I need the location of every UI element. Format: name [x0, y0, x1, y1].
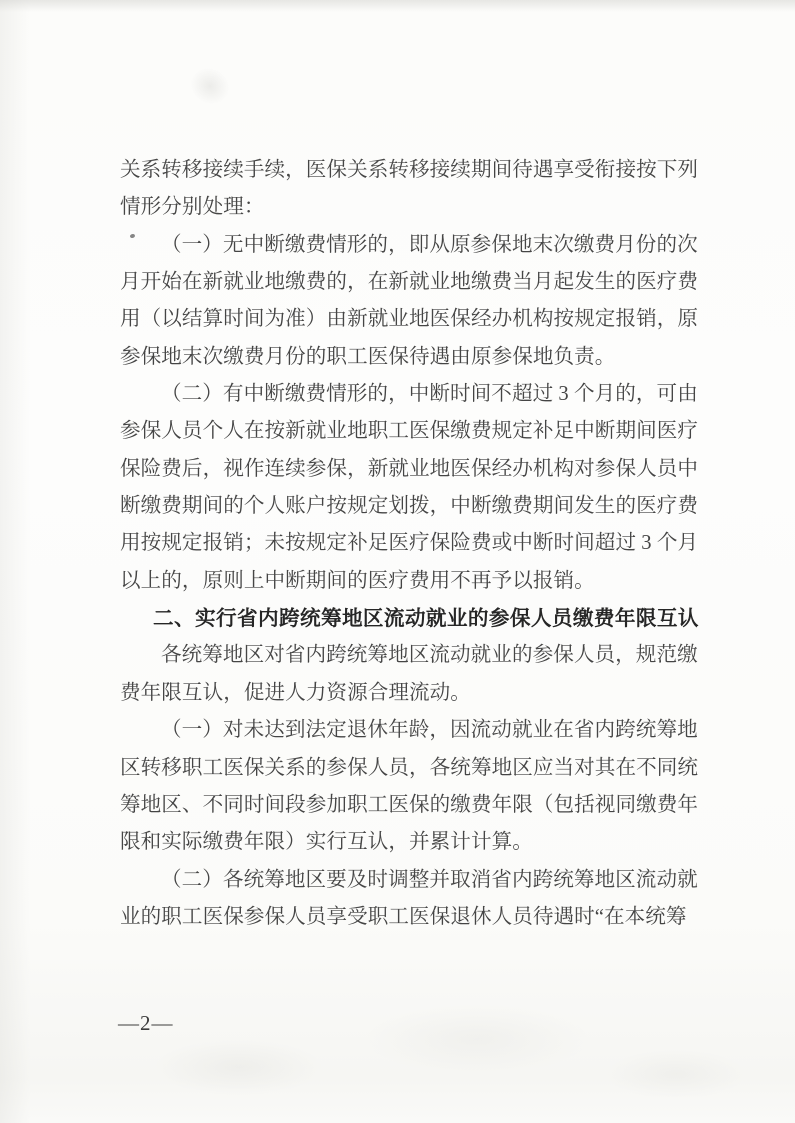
text-line: 筹地区、不同时间段参加职工医保的缴费年限（包括视同缴费年 [120, 787, 702, 824]
text-line: 业的职工医保参保人员享受职工医保退休人员待遇时“在本统筹 [120, 899, 702, 936]
text-line: 关系转移接续手续，医保关系转移接续期间待遇享受衔接按下列 [120, 152, 702, 189]
page-number: —2— [118, 1008, 174, 1038]
paragraph: （一）无中断缴费情形的，即从原参保地末次缴费月份的次月开始在新就业地缴费的，在新… [120, 227, 702, 376]
text-line: 断缴费期间的个人账户按规定划拨，中断缴费期间发生的医疗费 [120, 488, 702, 525]
heading-line: 二、实行省内跨统筹地区流动就业的参保人员缴费年限互认 [120, 600, 702, 637]
scanned-document-page: 关系转移接续手续，医保关系转移接续期间待遇享受衔接按下列情形分别处理：（一）无中… [0, 0, 795, 1123]
document-body: 关系转移接续手续，医保关系转移接续期间待遇享受衔接按下列情形分别处理：（一）无中… [120, 152, 702, 936]
text-line: （一）无中断缴费情形的，即从原参保地末次缴费月份的次 [120, 227, 702, 264]
scan-texture [0, 983, 795, 1123]
text-line: 用（以结算时间为准）由新就业地医保经办机构按规定报销，原 [120, 301, 702, 338]
text-line: 参保人员个人在按新就业地职工医保缴费规定补足中断期间医疗 [120, 413, 702, 450]
paragraph: （一）对未达到法定退休年龄，因流动就业在省内跨统筹地区转移职工医保关系的参保人员… [120, 712, 702, 861]
text-line: 用按规定报销；未按规定补足医疗保险费或中断时间超过 3 个月 [120, 525, 702, 562]
text-line: （二）各统筹地区要及时调整并取消省内跨统筹地区流动就 [120, 862, 702, 899]
paragraph: （二）各统筹地区要及时调整并取消省内跨统筹地区流动就业的职工医保参保人员享受职工… [120, 862, 702, 937]
text-line: 费年限互认，促进人力资源合理流动。 [120, 675, 702, 712]
text-line: 情形分别处理： [120, 189, 702, 226]
paragraph: （二）有中断缴费情形的，中断时间不超过 3 个月的，可由参保人员个人在按新就业地… [120, 376, 702, 600]
text-line: 月开始在新就业地缴费的，在新就业地缴费当月起发生的医疗费 [120, 264, 702, 301]
section-heading: 二、实行省内跨统筹地区流动就业的参保人员缴费年限互认 [120, 600, 702, 637]
text-line: （二）有中断缴费情形的，中断时间不超过 3 个月的，可由 [120, 376, 702, 413]
text-line: 各统筹地区对省内跨统筹地区流动就业的参保人员，规范缴 [120, 637, 702, 674]
paragraph: 关系转移接续手续，医保关系转移接续期间待遇享受衔接按下列情形分别处理： [120, 152, 702, 227]
scan-smudge [175, 52, 245, 120]
text-line: 参保地末次缴费月份的职工医保待遇由原参保地负责。 [120, 339, 702, 376]
scan-edge-top [0, 0, 795, 12]
scan-edge-left [0, 0, 30, 1123]
text-line: 区转移职工医保关系的参保人员，各统筹地区应当对其在不同统 [120, 750, 702, 787]
text-line: 限和实际缴费年限）实行互认，并累计计算。 [120, 824, 702, 861]
text-line: （一）对未达到法定退休年龄，因流动就业在省内跨统筹地 [120, 712, 702, 749]
paragraph: 各统筹地区对省内跨统筹地区流动就业的参保人员，规范缴费年限互认，促进人力资源合理… [120, 637, 702, 712]
text-line: 以上的，原则上中断期间的医疗费用不再予以报销。 [120, 563, 702, 600]
text-line: 保险费后，视作连续参保，新就业地医保经办机构对参保人员中 [120, 451, 702, 488]
